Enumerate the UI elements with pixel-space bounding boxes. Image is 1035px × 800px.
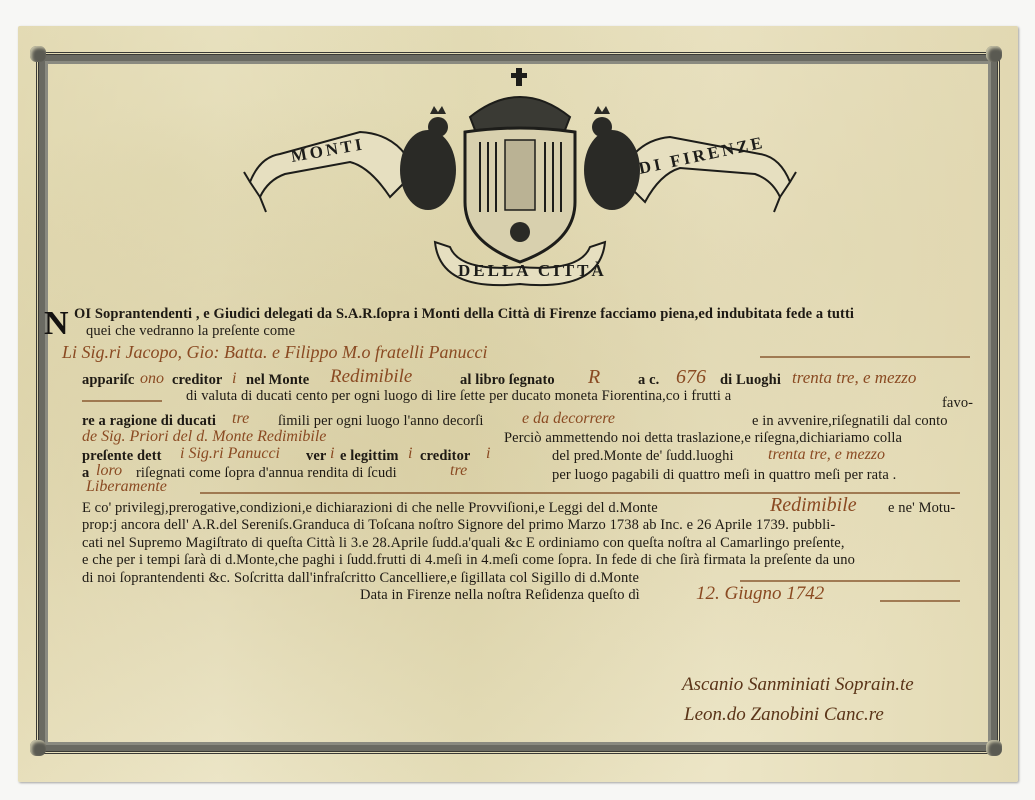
corner-ornament-icon (30, 740, 46, 756)
text-appariscono: appariſc (82, 372, 134, 389)
handwritten-decorsi: e da decorrere (522, 410, 615, 428)
signature-soprintendente: Ascanio Sanminiati Soprain.te (682, 674, 914, 696)
text-data-line: Data in Firenze nella noſtra Reſidenza q… (360, 587, 640, 604)
text-risegnati: riſegnati come ſopra d'annua rendita di … (136, 465, 397, 482)
text-line-1: OI Soprantendenti , e Giudici delegati d… (74, 306, 854, 323)
text-nel-monte: nel Monte (246, 372, 309, 389)
fill-line (82, 400, 162, 402)
text-line-4: di valuta di ducati cento per ogni luogo… (186, 388, 731, 405)
text-para2-line5: di noi ſoprantendenti &c. Soſcritta dall… (82, 570, 639, 587)
handwritten-monte-name: Redimibile (330, 366, 412, 388)
handwritten-luoghi-2: trenta tre, e mezzo (768, 446, 885, 464)
handwritten-conto: de Sig. Priori del d. Monte Redimibile (82, 428, 326, 446)
fill-line (880, 600, 960, 602)
coat-of-arms-crest: MONTI DI FIRENZE DELLA CITTÀ (240, 62, 800, 287)
text-para2-line1: E co' privilegj,prerogative,condizioni,e… (82, 500, 658, 517)
corner-ornament-icon (986, 740, 1002, 756)
corner-ornament-icon (30, 46, 46, 62)
text-libro-segnato: al libro ſegnato (460, 372, 555, 389)
text-pagabili: per luogo pagabili di quattro meſi in qu… (552, 467, 896, 484)
text-di-luoghi: di Luoghi (720, 372, 781, 389)
text-pred-monte: del pred.Monte de' ſudd.luoghi (552, 448, 734, 465)
handwritten-suffix: i (232, 370, 236, 388)
signature-cancelliere: Leon.do Zanobini Canc.re (684, 704, 884, 726)
text-favo: favo- (942, 395, 973, 412)
handwritten-ducati: tre (232, 410, 249, 428)
text-creditor: creditor (172, 372, 222, 389)
handwritten-page: 676 (676, 366, 706, 389)
handwritten-libro: R (588, 366, 600, 389)
fill-line (740, 580, 960, 582)
handwritten-names: Li Sig.ri Jacopo, Gio: Batta. e Filippo … (62, 342, 487, 363)
text-para2-line3: cati nel Supremo Magiſtrato di queſta Ci… (82, 535, 845, 552)
drop-cap: N (44, 305, 69, 343)
text-legittim: e legittim (340, 448, 399, 465)
text-line-6: Perciò ammettendo noi detta traslazione,… (504, 430, 902, 447)
text-para2-line4: e che per i tempi ſarà di d.Monte,che pa… (82, 552, 855, 569)
handwritten-liberamente: Liberamente (86, 478, 167, 496)
text-avvenire: e in avvenire,riſegnatili dal conto (752, 413, 948, 430)
handwritten-date: 12. Giugno 1742 (696, 583, 824, 605)
text-ver: ver (306, 448, 326, 465)
fill-line (760, 356, 970, 358)
handwritten-luoghi: trenta tre, e mezzo (792, 368, 916, 388)
handwritten-monte-name-2: Redimibile (770, 494, 857, 517)
text-motu: e ne' Motu- (888, 500, 955, 517)
handwritten-suffix: i (330, 445, 334, 463)
handwritten-suffix: i (486, 445, 490, 463)
text-para2-line2: prop:j ancora dell' A.R.del Sereniſs.Gra… (82, 517, 835, 534)
corner-ornament-icon (986, 46, 1002, 62)
text-ac: a c. (638, 372, 659, 389)
banner-bottom-text: DELLA CITTÀ (458, 261, 607, 280)
handwritten-detti: i Sig.ri Panucci (180, 445, 280, 463)
handwritten-suffix: i (408, 445, 412, 463)
handwritten-appariscono: ono (140, 370, 164, 388)
text-line-2: quei che vedranno la preſente come (86, 323, 295, 340)
handwritten-scudi: tre (450, 462, 467, 480)
